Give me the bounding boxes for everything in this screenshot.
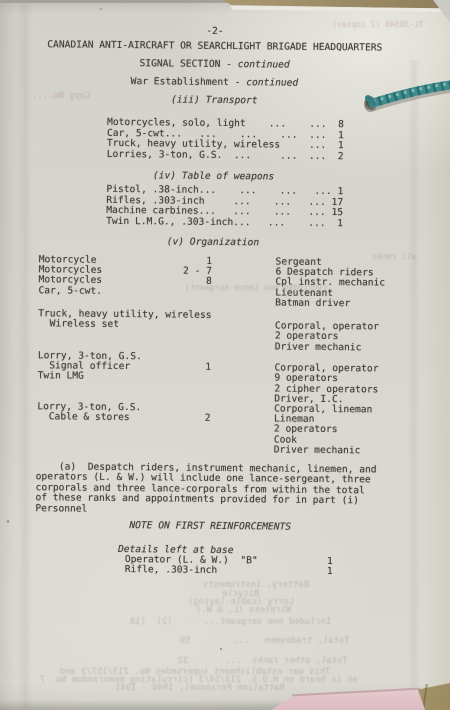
transport-heading: (iii) Transport [2, 94, 426, 108]
organization-group-lorries: Lorry, 3-ton, G.S. Signal officer 1 Corp… [37, 351, 379, 456]
organization-group-motorcycles: Motorcycle 1 Sergeant Motorcycles 2 - 7 … [38, 255, 385, 309]
section-heading: SIGNAL SECTION - continued [3, 58, 427, 72]
weapons-heading: (iv) Table of weapons [2, 170, 426, 184]
typed-text-layer: -2- CANADIAN ANTI-AIRCRAFT OR SEARCHLIGH… [0, 0, 450, 710]
document-title: CANADIAN ANTI-AIRCRAFT OR SEARCHLIGHT BR… [3, 40, 427, 54]
transport-list: Motorcycles, solo, light ... ... 8 Car, … [107, 118, 344, 163]
war-establishment-continued: continued [246, 77, 298, 88]
page-number: -2- [3, 25, 427, 39]
ink-speck [7, 520, 9, 523]
weapons-list: Pistol, .38-inch... ... ... ... 1 Rifles… [106, 185, 343, 230]
organization-heading: (v) Organization [1, 236, 425, 250]
ink-speck [100, 8, 102, 10]
war-establishment-plain: War Establishment - [131, 76, 247, 88]
organization-group-truck: Truck, heavy utility, wireless Wireless … [38, 309, 379, 353]
war-establishment-heading: War Establishment - continued [2, 76, 426, 90]
document-photo: Copy No.... TL-30346 (2 copies) (include… [0, 0, 450, 710]
details-left-at-base-list: Operator (L. & W.) "B" 1 Rifle, .303-inc… [125, 555, 333, 578]
reinforcements-heading: NOTE ON FIRST REINFORCEMENTS [0, 520, 422, 534]
section-heading-continued: continued [238, 59, 290, 70]
section-heading-plain: SIGNAL SECTION - [140, 58, 238, 70]
note-a-paragraph: (a) Despatch riders, instrument mechanic… [35, 462, 376, 517]
